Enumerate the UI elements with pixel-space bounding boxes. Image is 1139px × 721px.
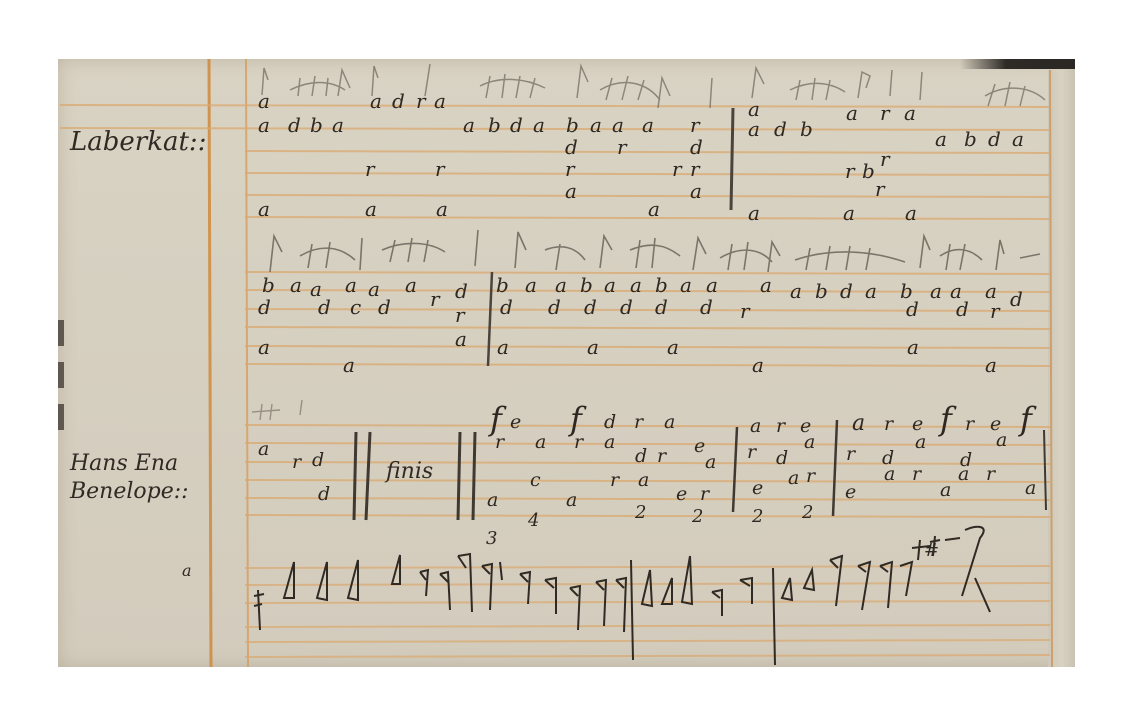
- barline: [833, 420, 837, 516]
- svg-text:a: a: [332, 113, 344, 137]
- svg-text:r: r: [875, 177, 886, 201]
- tablature-letters-system-1: aadba adra abda baaar drd rrrrr aa aaaa …: [258, 89, 1024, 225]
- svg-text:a: a: [258, 335, 270, 359]
- svg-text:a: a: [915, 431, 926, 453]
- svg-text:a: a: [958, 463, 969, 485]
- margin-letter: a: [182, 561, 192, 580]
- tablature-letters-system-2: baaaaa rd ddcdr baaba abaaa abda baaad d…: [258, 273, 1023, 377]
- svg-text:a: a: [748, 201, 760, 225]
- svg-text:Hans Ena: Hans Ena: [69, 451, 178, 476]
- svg-text:d: d: [455, 279, 468, 303]
- svg-text:r: r: [690, 157, 701, 181]
- svg-text:a: a: [630, 273, 642, 297]
- rhythm-flags-system-2: [270, 230, 1040, 272]
- svg-text:a: a: [525, 273, 537, 297]
- svg-text:a: a: [565, 179, 577, 203]
- svg-text:a: a: [535, 431, 546, 453]
- svg-text:a: a: [258, 197, 270, 221]
- svg-text:a: a: [846, 101, 858, 125]
- svg-text:r: r: [617, 135, 628, 159]
- svg-text:r: r: [565, 157, 576, 181]
- svg-text:b: b: [488, 113, 501, 137]
- svg-text:a: a: [497, 335, 509, 359]
- svg-text:a: a: [258, 89, 270, 113]
- svg-text:a: a: [1012, 127, 1024, 151]
- svg-text:a: a: [852, 411, 865, 436]
- barline: [731, 108, 733, 210]
- svg-text:a: a: [604, 273, 616, 297]
- svg-text:d: d: [258, 295, 271, 319]
- svg-text:d: d: [392, 89, 405, 113]
- svg-text:r: r: [740, 299, 751, 323]
- svg-text:Benelope::: Benelope::: [69, 479, 189, 504]
- svg-text:a: a: [1025, 477, 1036, 499]
- svg-text:e: e: [676, 483, 687, 505]
- svg-text:d: d: [510, 113, 523, 137]
- svg-text:2: 2: [691, 506, 703, 527]
- svg-text:b: b: [800, 117, 813, 141]
- svg-text:d: d: [318, 295, 331, 319]
- svg-text:a: a: [788, 467, 799, 489]
- svg-text:r: r: [806, 465, 817, 487]
- svg-text:a: a: [904, 101, 916, 125]
- svg-text:d: d: [690, 135, 703, 159]
- svg-text:a: a: [748, 117, 760, 141]
- svg-text:d: d: [906, 297, 919, 321]
- svg-text:f: f: [1018, 400, 1037, 438]
- svg-text:a: a: [405, 273, 417, 297]
- sharp-signature: #: [924, 540, 939, 561]
- svg-text:a: a: [455, 327, 467, 351]
- svg-text:e: e: [510, 411, 521, 433]
- svg-text:d: d: [620, 295, 633, 319]
- svg-text:a: a: [750, 415, 761, 437]
- svg-text:a: a: [533, 113, 545, 137]
- svg-text:a: a: [638, 469, 649, 491]
- svg-text:a: a: [667, 335, 679, 359]
- svg-text:Laberkat::: Laberkat::: [69, 127, 206, 157]
- mensural-notes-system-4: [254, 527, 990, 665]
- svg-text:a: a: [566, 489, 577, 511]
- svg-text:a: a: [706, 273, 718, 297]
- svg-text:d: d: [635, 445, 647, 467]
- piece-title-laberkat: Laberkat::: [69, 127, 206, 157]
- svg-text:r: r: [430, 287, 441, 311]
- svg-text:r: r: [690, 113, 701, 137]
- svg-text:a: a: [907, 335, 919, 359]
- svg-text:a: a: [930, 279, 942, 303]
- svg-text:a: a: [790, 279, 802, 303]
- svg-text:a: a: [985, 353, 997, 377]
- svg-text:a: a: [604, 431, 615, 453]
- svg-text:a: a: [258, 113, 270, 137]
- svg-text:c: c: [530, 469, 541, 491]
- svg-text:a: a: [258, 438, 269, 460]
- svg-text:a: a: [555, 273, 567, 297]
- svg-text:r: r: [495, 431, 506, 453]
- svg-text:r: r: [455, 303, 466, 327]
- svg-text:a: a: [690, 179, 702, 203]
- svg-text:a: a: [365, 197, 377, 221]
- svg-text:a: a: [752, 353, 764, 377]
- svg-text:d: d: [500, 295, 513, 319]
- svg-text:r: r: [634, 411, 645, 433]
- svg-text:a: a: [612, 113, 624, 137]
- svg-text:c: c: [350, 295, 361, 319]
- svg-text:a: a: [434, 89, 446, 113]
- svg-text:r: r: [846, 443, 857, 465]
- svg-text:b: b: [964, 127, 977, 151]
- svg-text:a: a: [436, 197, 448, 221]
- svg-text:b: b: [262, 273, 275, 297]
- svg-text:d: d: [288, 113, 301, 137]
- svg-text:a: a: [590, 113, 602, 137]
- svg-text:r: r: [880, 147, 891, 171]
- svg-text:d: d: [312, 449, 324, 471]
- piece-title-hans-ena-benelope: Hans Ena Benelope::: [69, 451, 189, 504]
- svg-text:a: a: [487, 489, 498, 511]
- svg-text:r: r: [845, 159, 856, 183]
- svg-text:b: b: [310, 113, 323, 137]
- tablature-letters-system-3: ardd fera fdra radrea cra aaer 4 3 2 2 2…: [258, 400, 1037, 549]
- svg-text:e: e: [752, 477, 763, 499]
- svg-text:d: d: [378, 295, 391, 319]
- svg-text:2: 2: [751, 506, 763, 527]
- barline: [1044, 430, 1046, 510]
- svg-text:a: a: [996, 429, 1007, 451]
- svg-text:b: b: [655, 273, 668, 297]
- rhythm-flags-system-3: [252, 400, 302, 420]
- svg-text:a: a: [705, 451, 716, 473]
- svg-text:a: a: [343, 353, 355, 377]
- svg-text:4: 4: [527, 510, 539, 531]
- svg-text:a: a: [680, 273, 692, 297]
- svg-text:b: b: [580, 273, 593, 297]
- svg-text:d: d: [604, 411, 616, 433]
- tablature-overlay: Laberkat:: Hans Ena Benelope:: a aadba a…: [0, 0, 1139, 721]
- svg-text:a: a: [345, 273, 357, 297]
- svg-text:r: r: [880, 101, 891, 125]
- svg-text:f: f: [938, 400, 957, 438]
- svg-text:a: a: [905, 201, 917, 225]
- svg-text:a: a: [642, 113, 654, 137]
- svg-text:a: a: [865, 279, 877, 303]
- svg-text:b: b: [862, 159, 875, 183]
- finis-label: finis: [384, 459, 433, 484]
- svg-text:r: r: [990, 299, 1001, 323]
- svg-text:d: d: [1010, 287, 1023, 311]
- svg-text:a: a: [370, 89, 382, 113]
- svg-text:a: a: [664, 411, 675, 433]
- svg-text:d: d: [655, 295, 668, 319]
- svg-text:2: 2: [634, 502, 646, 523]
- svg-text:d: d: [565, 135, 578, 159]
- svg-text:a: a: [760, 273, 772, 297]
- svg-text:a: a: [843, 201, 855, 225]
- svg-text:3: 3: [486, 528, 497, 549]
- svg-text:e: e: [694, 435, 705, 457]
- svg-text:2: 2: [801, 502, 813, 523]
- svg-text:d: d: [956, 297, 969, 321]
- svg-text:r: r: [672, 157, 683, 181]
- svg-text:d: d: [776, 447, 788, 469]
- svg-text:d: d: [700, 295, 713, 319]
- svg-text:e: e: [845, 481, 856, 503]
- svg-text:a: a: [935, 127, 947, 151]
- svg-text:b: b: [815, 279, 828, 303]
- svg-text:a: a: [290, 273, 302, 297]
- svg-text:a: a: [884, 463, 895, 485]
- svg-text:r: r: [884, 413, 895, 435]
- svg-text:a: a: [804, 431, 815, 453]
- svg-text:d: d: [548, 295, 561, 319]
- svg-text:r: r: [700, 483, 711, 505]
- svg-text:a: a: [940, 479, 951, 501]
- svg-text:b: b: [566, 113, 579, 137]
- svg-text:a: a: [587, 335, 599, 359]
- svg-text:a: a: [463, 113, 475, 137]
- svg-text:b: b: [496, 273, 509, 297]
- svg-text:d: d: [840, 279, 853, 303]
- svg-text:r: r: [365, 157, 376, 181]
- svg-text:r: r: [965, 413, 976, 435]
- svg-text:r: r: [416, 89, 427, 113]
- svg-text:d: d: [774, 117, 787, 141]
- svg-text:d: d: [988, 127, 1001, 151]
- svg-text:a: a: [648, 197, 660, 221]
- svg-text:d: d: [318, 483, 330, 505]
- svg-text:r: r: [574, 431, 585, 453]
- svg-text:r: r: [435, 157, 446, 181]
- barline: [488, 272, 492, 366]
- svg-text:d: d: [584, 295, 597, 319]
